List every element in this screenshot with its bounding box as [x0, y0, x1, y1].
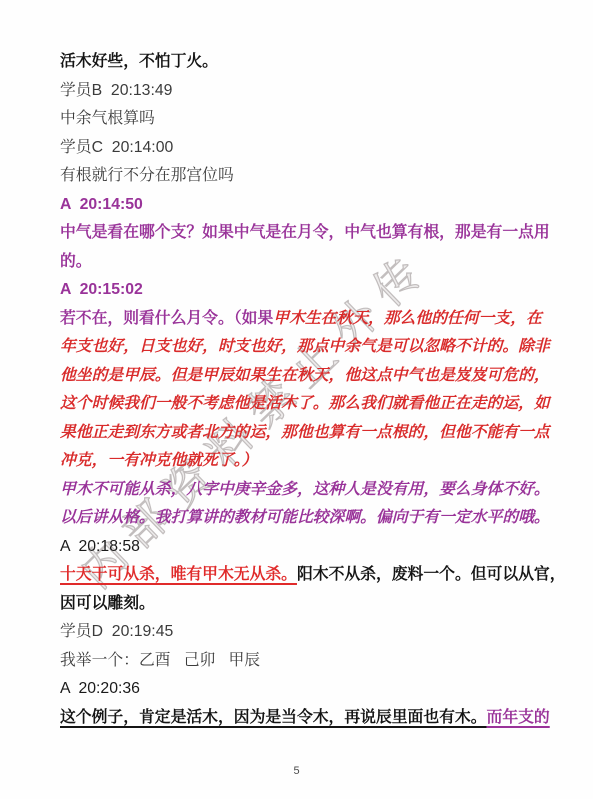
text-segment: 他坐的是甲辰。但是甲辰如果生在秋天，他这点中气也是岌岌可危的，	[60, 367, 550, 384]
text-segment: A 20:20:36	[60, 680, 140, 697]
document-line: 因可以雕刻。	[60, 590, 543, 619]
document-line: 十天干可从杀，唯有甲木无从杀。阳木不从杀，废料一个。但可以从官，	[60, 561, 543, 590]
document-line: 以后讲从格。我打算讲的教材可能比较深啊。偏向于有一定水平的哦。	[60, 504, 543, 533]
document-line: 甲木不可能从杀，八字中庚辛金多，这种人是没有用，要么身体不好。	[60, 476, 543, 505]
document-line: 若不在，则看什么月令。（如果甲木生在秋天，那么他的任何一支，在	[60, 305, 543, 334]
text-segment: 冲克，一有冲克他就死了。）	[60, 452, 257, 469]
document-line: 有根就行不分在那宫位吗	[60, 162, 543, 191]
text-segment: 年支也好，日支也好，时支也好，那点中余气是可以忽略不计的。除非	[60, 338, 550, 355]
text-segment: 中气是看在哪个支？如果中气是在月令，中气也算有根，那是有一点用	[60, 224, 550, 241]
document-line: 中余气根算吗	[60, 105, 543, 134]
text-segment: 甲木生在秋天，那么他的任何一支，在	[273, 310, 542, 327]
document-line: 他坐的是甲辰。但是甲辰如果生在秋天，他这点中气也是岌岌可危的，	[60, 362, 543, 391]
text-segment: 学员C 20:14:00	[60, 139, 173, 156]
document-line: 年支也好，日支也好，时支也好，那点中余气是可以忽略不计的。除非	[60, 333, 543, 362]
text-segment: 甲木不可能从杀，八字中庚辛金多，这种人是没有用，要么身体不好。	[60, 481, 550, 498]
text-segment: 若不在，则看什么月令。（如果	[60, 310, 273, 327]
document-content: 活木好些，不怕丁火。学员B 20:13:49中余气根算吗学员C 20:14:00…	[60, 48, 543, 732]
text-segment: 阳木不从杀，废料一个。但可以从官，	[297, 566, 566, 583]
text-segment: 而年支的	[487, 709, 550, 726]
text-segment: 学员D 20:19:45	[60, 623, 173, 640]
document-line: 活木好些，不怕丁火。	[60, 48, 543, 77]
text-segment: A 20:18:58	[60, 538, 140, 555]
document-page: 内部资料禁止外传 活木好些，不怕丁火。学员B 20:13:49中余气根算吗学员C…	[0, 0, 593, 799]
document-line: 我举一个：乙酉 己卯 甲辰	[60, 647, 543, 676]
document-line: A 20:18:58	[60, 533, 543, 562]
text-segment: 果他正走到东方或者北方的运，那他也算有一点根的，但他不能有一点	[60, 424, 550, 441]
text-segment: 活木好些，不怕丁火。	[60, 53, 218, 70]
document-line: 的。	[60, 248, 543, 277]
text-segment: 中余气根算吗	[60, 110, 155, 127]
text-segment: 有根就行不分在那宫位吗	[60, 167, 234, 184]
document-line: A 20:14:50	[60, 191, 543, 220]
text-segment: 学员B 20:13:49	[60, 82, 172, 99]
text-segment: 以后讲从格。我打算讲的教材可能比较深啊。偏向于有一定水平的哦。	[60, 509, 550, 526]
text-segment: 这个例子，肯定是活木，因为是当令木，再说辰里面也有木。	[60, 709, 487, 726]
text-segment: 我举一个：乙酉 己卯 甲辰	[60, 652, 260, 669]
text-segment: 因可以雕刻。	[60, 595, 155, 612]
document-line: 果他正走到东方或者北方的运，那他也算有一点根的，但他不能有一点	[60, 419, 543, 448]
page-number: 5	[0, 765, 593, 777]
text-segment: 的。	[60, 253, 92, 270]
document-line: 冲克，一有冲克他就死了。）	[60, 447, 543, 476]
text-segment: A 20:14:50	[60, 196, 143, 213]
document-line: 学员C 20:14:00	[60, 134, 543, 163]
document-line: A 20:20:36	[60, 675, 543, 704]
text-segment: A 20:15:02	[60, 281, 143, 298]
document-line: 学员D 20:19:45	[60, 618, 543, 647]
text-segment: 这个时候我们一般不考虑他是活木了。那么我们就看他正在走的运，如	[60, 395, 550, 412]
document-line: A 20:15:02	[60, 276, 543, 305]
document-line: 这个时候我们一般不考虑他是活木了。那么我们就看他正在走的运，如	[60, 390, 543, 419]
document-line: 学员B 20:13:49	[60, 77, 543, 106]
document-line: 这个例子，肯定是活木，因为是当令木，再说辰里面也有木。而年支的	[60, 704, 543, 733]
text-segment: 十天干可从杀，唯有甲木无从杀。	[60, 566, 297, 583]
document-line: 中气是看在哪个支？如果中气是在月令，中气也算有根，那是有一点用	[60, 219, 543, 248]
